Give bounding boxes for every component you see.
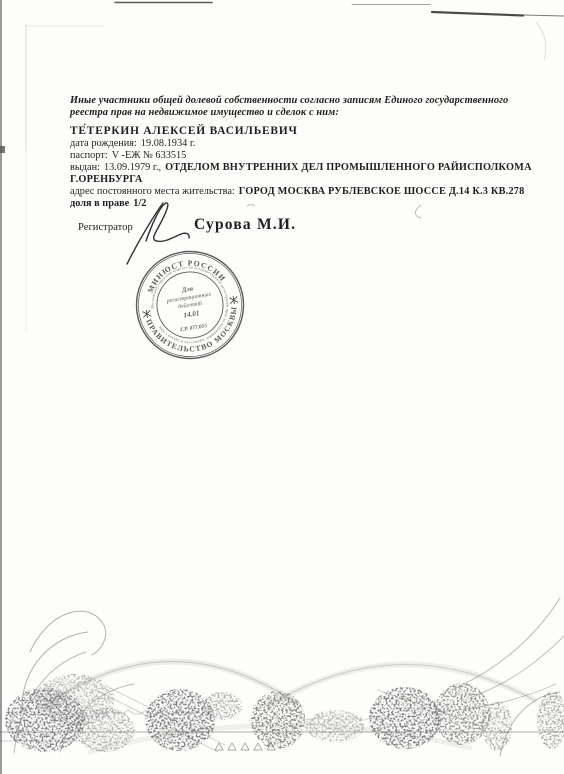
address-row: адрес постоянного места жительства:ГОРОД… [70, 186, 550, 198]
share-label: доля в праве [70, 198, 129, 209]
ghost-swirl-left [22, 632, 88, 712]
registrar-name: Сурова М.И. [194, 216, 296, 234]
ghost-arch [45, 661, 298, 706]
birth-label: дата рождения: [70, 138, 137, 149]
document-text-block: Иные участники общей долевой собственнос… [70, 95, 550, 210]
ghost-arch [268, 664, 534, 706]
seal-center-line1: Для [181, 285, 195, 294]
issued-authority: ОТДЕЛОМ ВНУТРЕННИХ ДЕЛ ПРОМЫШЛЕННОГО РАЙ… [165, 162, 532, 173]
share-value: 1/2 [133, 198, 146, 209]
ghost-swirl-right [500, 692, 560, 756]
seal-ring-text-top: МИНЮСТ РОССИИ [142, 252, 229, 295]
passport-label: паспорт: [70, 150, 108, 161]
noise-cluster [5, 688, 85, 752]
registrar-label: Регистратор [78, 222, 133, 233]
address-value: ГОРОД МОСКВА РУБЛЕВСКОЕ ШОССЕ Д.14 К.3 К… [239, 186, 525, 197]
ghost-scallops [92, 710, 200, 714]
seal-center-line4: 14.01 [183, 309, 200, 319]
scan-top-line-3 [432, 12, 523, 16]
scan-noise-clusters [5, 367, 564, 752]
seal-star-right-icon [229, 296, 238, 305]
share-row: доля в праве1/2 [70, 198, 550, 210]
birth-value: 19.08.1934 г. [141, 138, 196, 149]
seal-outer-circle [129, 244, 251, 366]
intro-line-2: реестра прав на недвижимое имущество и с… [70, 107, 550, 119]
speckle-cloud-right [437, 367, 553, 603]
scan-left-edge [0, 0, 2, 774]
address-label: адрес постоянного места жительства: [70, 186, 235, 197]
ghost-swirl-left [30, 611, 106, 655]
intro-line-1: Иные участники общей долевой собственнос… [70, 95, 550, 107]
scan-bottom-ghost-pattern [0, 598, 564, 756]
noise-cluster [145, 689, 215, 751]
noise-cluster [35, 674, 115, 726]
signature-stroke-diagonal [127, 203, 163, 264]
seal-center-line2: регистрационных [165, 292, 212, 305]
noise-cluster [369, 687, 441, 749]
ghost-scallops [300, 716, 390, 720]
seal-center-line3: действий [178, 300, 203, 311]
scanned-document-page: Иные участники общей долевой собственнос… [0, 0, 564, 774]
passport-value: V -ЕЖ № 633515 [112, 150, 187, 161]
scan-left-notch [0, 146, 5, 153]
owner-name: ТЕ́ТЕРКИН АЛЕКСЕЙ ВАСИЛЬЕВИЧ [70, 125, 550, 138]
noise-cluster [75, 708, 135, 752]
ghost-curve [377, 690, 483, 727]
registrar-signature [127, 203, 189, 264]
seal-outer-circle-2 [131, 246, 249, 364]
seal-micro-ring-text: Московский городской комитет по государс… [145, 260, 235, 350]
issued-date: 13.09.1979 г., [104, 162, 161, 173]
passport-issued-row: выдан:13.09.1979 г.,ОТДЕЛОМ ВНУТРЕННИХ Д… [70, 162, 550, 174]
ghost-hatch [96, 688, 225, 752]
ghost-swirl-right [452, 598, 560, 690]
ghost-swirl-right [470, 636, 564, 698]
passport-row: паспорт:V -ЕЖ № 633515 [70, 150, 550, 162]
ghost-arch [45, 661, 298, 706]
scan-corner-curl [536, 22, 546, 60]
noise-cluster [537, 691, 564, 749]
seal-micro-ring-text-path: Московский городской комитет по государс… [145, 260, 235, 350]
noise-cluster [434, 683, 490, 745]
speckle-cloud-center [285, 530, 415, 620]
ghost-arch [268, 664, 534, 706]
noise-cluster [482, 701, 512, 751]
issued-authority-city: Г.ОРЕНБУРГА [70, 174, 550, 186]
ghost-swirl-left [60, 684, 134, 752]
ghost-triangle-marks [215, 743, 275, 750]
seal-center-code: Г.Р. 077.015 [179, 323, 208, 333]
official-seal: МИНЮСТ РОССИИ ПРАВИТЕЛЬСТВО МОСКВЫ Моско… [129, 244, 251, 366]
ghost-swirl-left [14, 652, 86, 753]
scan-top-line-4 [523, 15, 564, 16]
seal-inner-circle [152, 267, 228, 343]
ghost-swirl-right [430, 684, 556, 712]
noise-cluster [251, 691, 305, 749]
seal-ring-text-top-path: МИНЮСТ РОССИИ [142, 252, 229, 295]
ghost-arch [90, 725, 470, 752]
noise-cluster [305, 710, 365, 742]
issued-label: выдан: [70, 162, 100, 173]
birth-row: дата рождения:19.08.1934 г. [70, 138, 550, 150]
seal-ring-text-bottom: ПРАВИТЕЛЬСТВО МОСКВЫ [144, 304, 245, 360]
seal-ring-text-bottom-path: ПРАВИТЕЛЬСТВО МОСКВЫ [144, 304, 245, 360]
seal-star-left-icon [142, 309, 151, 318]
noise-cluster [202, 692, 242, 720]
